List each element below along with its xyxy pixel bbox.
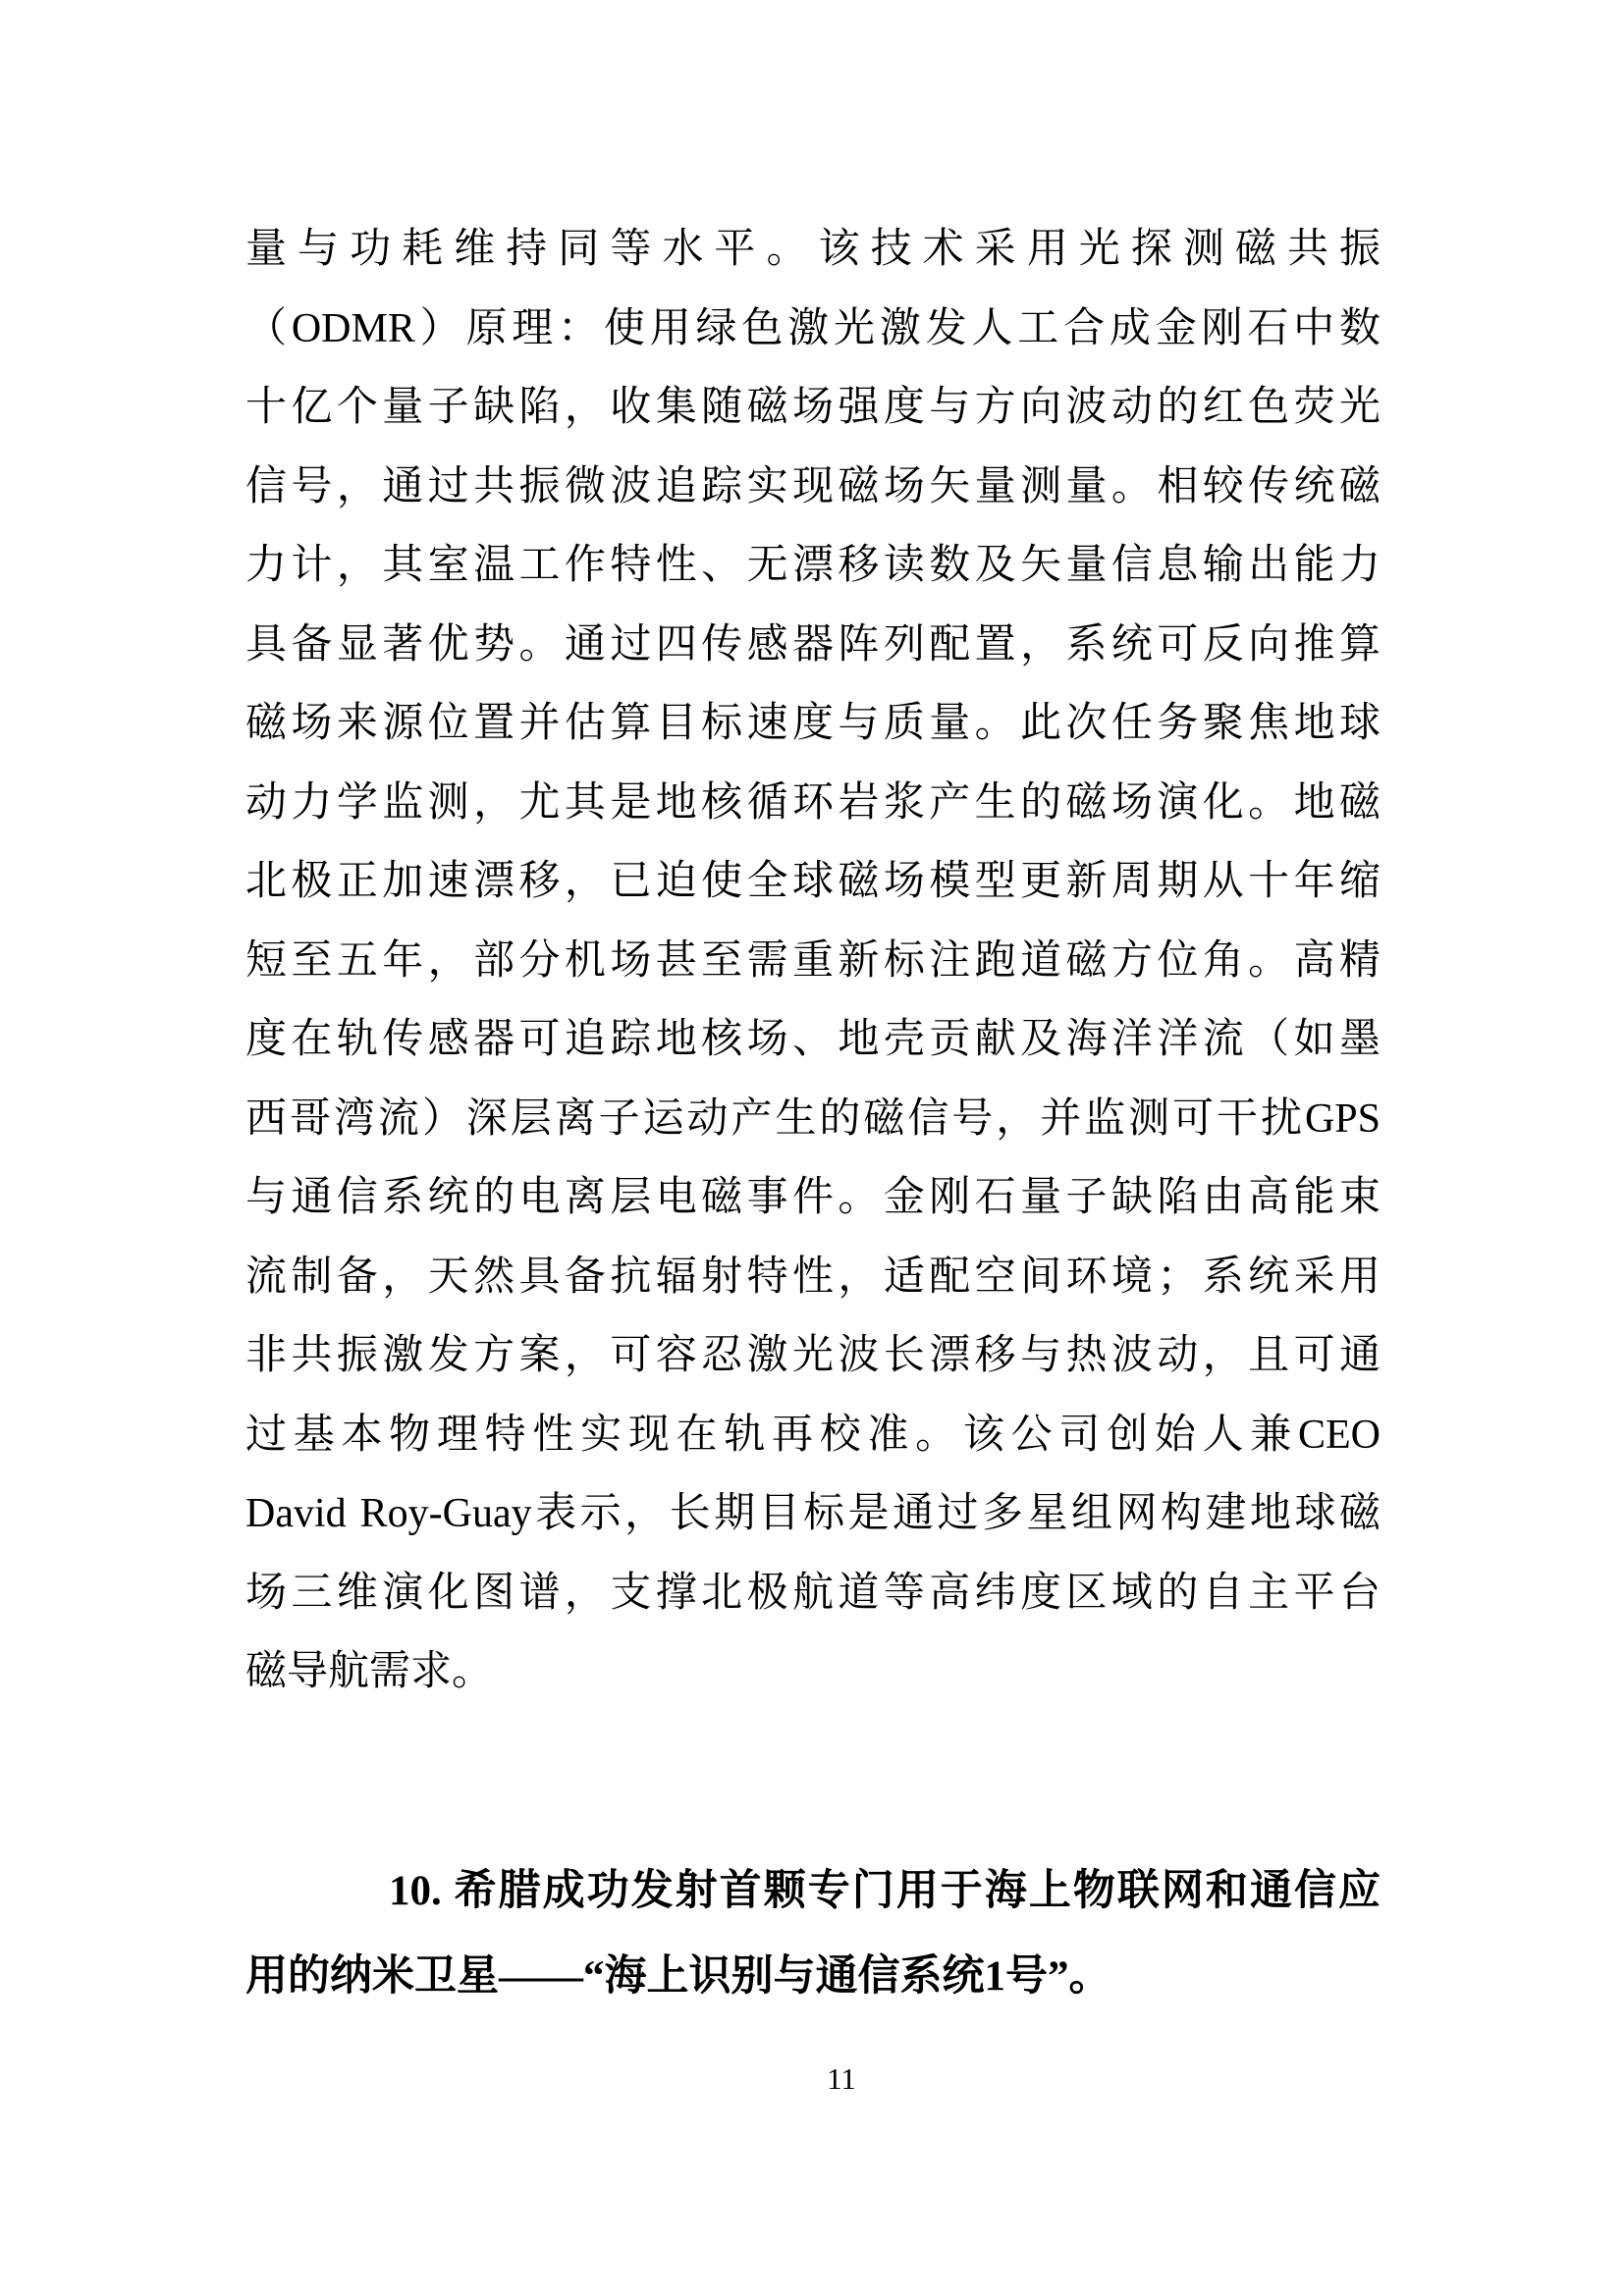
text-line: 场三维演化图谱，支撑北极航道等高纬度区域的自主平台	[245, 1554, 1380, 1633]
document-page: 量与功耗维持同等水平。该技术采用光探测磁共振 （ODMR）原理：使用绿色激光激发…	[0, 0, 1624, 2296]
heading-line: 10. 希腊成功发射首颗专门用于海上物联网和通信应	[245, 1848, 1380, 1934]
text-line: （ODMR）原理：使用绿色激光激发人工合成金刚石中数	[245, 290, 1380, 369]
body-paragraph: 量与功耗维持同等水平。该技术采用光探测磁共振 （ODMR）原理：使用绿色激光激发…	[245, 210, 1380, 1712]
text-line: 与通信系统的电离层电磁事件。金刚石量子缺陷由高能束	[245, 1158, 1380, 1238]
text-line: 十亿个量子缺陷，收集随磁场强度与方向波动的红色荧光	[245, 368, 1380, 448]
text-line: 信号，通过共振微波追踪实现磁场矢量测量。相较传统磁	[245, 448, 1380, 527]
text-line: 西哥湾流）深层离子运动产生的磁信号，并监测可干扰GPS	[245, 1080, 1380, 1159]
text-line: 磁场来源位置并估算目标速度与质量。此次任务聚焦地球	[245, 684, 1380, 764]
text-line: 北极正加速漂移，已迫使全球磁场模型更新周期从十年缩	[245, 842, 1380, 922]
text-line: 流制备，天然具备抗辐射特性，适配空间环境；系统采用	[245, 1238, 1380, 1317]
text-line: 非共振激发方案，可容忍激光波长漂移与热波动，且可通	[245, 1316, 1380, 1396]
text-line: 量与功耗维持同等水平。该技术采用光探测磁共振	[245, 210, 1380, 290]
text-line: 过基本物理特性实现在轨再校准。该公司创始人兼CEO	[245, 1396, 1380, 1475]
page-number: 11	[0, 2059, 1624, 2099]
text-line: 磁导航需求。	[245, 1632, 1380, 1712]
text-line: 动力学监测，尤其是地核循环岩浆产生的磁场演化。地磁	[245, 764, 1380, 843]
text-line: 度在轨传感器可追踪地核场、地壳贡献及海洋洋流（如墨	[245, 1000, 1380, 1080]
text-line: 具备显著优势。通过四传感器阵列配置，系统可反向推算	[245, 606, 1380, 685]
text-line: 短至五年，部分机场甚至需重新标注跑道磁方位角。高精	[245, 922, 1380, 1001]
paragraph-10-heading: 10. 希腊成功发射首颗专门用于海上物联网和通信应 用的纳米卫星——“海上识别与…	[245, 1848, 1380, 2019]
heading-line: 用的纳米卫星——“海上识别与通信系统1号”。	[245, 1934, 1380, 2019]
text-line: 力计，其室温工作特性、无漂移读数及矢量信息输出能力	[245, 526, 1380, 606]
text-line: David Roy-Guay表示，长期目标是通过多星组网构建地球磁	[245, 1474, 1380, 1554]
